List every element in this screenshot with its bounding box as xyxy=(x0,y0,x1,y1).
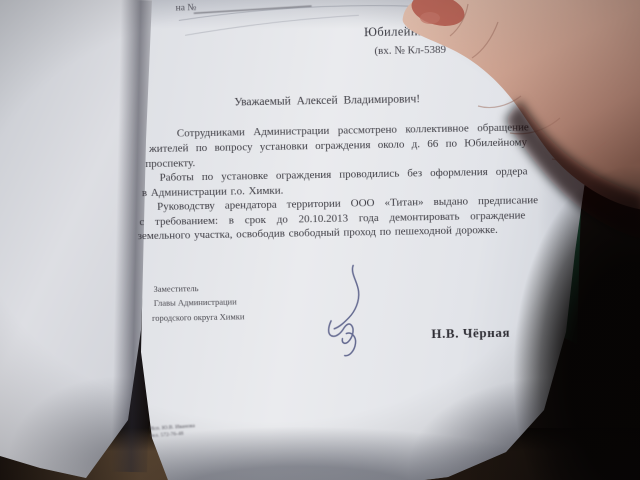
photo-scene: на № Юбилейный (вх. № Кл-5389 Уважаемый … xyxy=(0,0,640,480)
nail-highlight xyxy=(420,12,440,24)
hand-holding-page xyxy=(0,0,640,480)
